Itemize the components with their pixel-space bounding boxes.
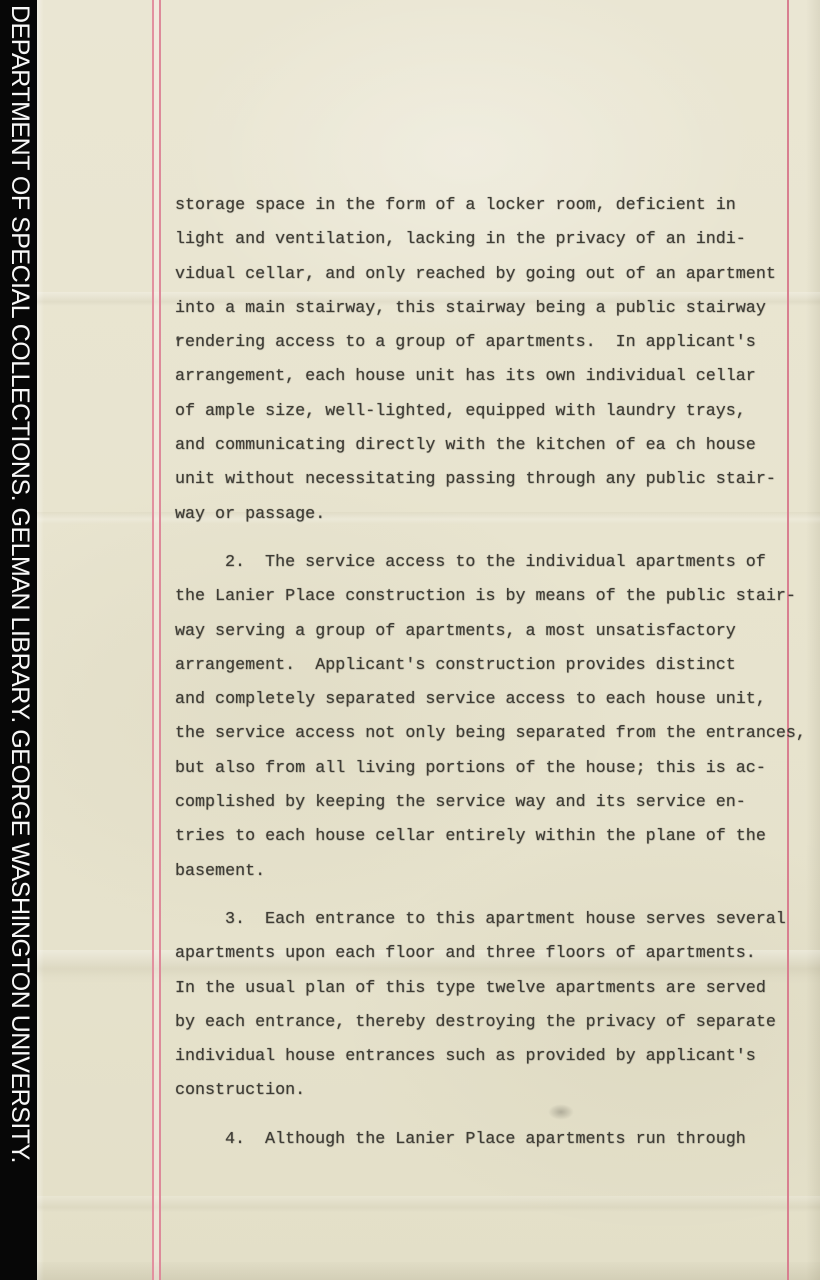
text-line: the service access not only being separa…	[175, 717, 806, 751]
text-line: 3. Each entrance to this apartment house…	[175, 903, 806, 937]
text-line: and communicating directly with the kitc…	[175, 429, 806, 463]
text-line: arrangement, each house unit has its own…	[175, 360, 806, 394]
text-line: construction.	[175, 1074, 806, 1108]
ledger-margin-rule-left	[152, 0, 161, 1280]
text-line: 2. The service access to the individual …	[175, 546, 806, 580]
text-line: apartments upon each floor and three flo…	[175, 937, 806, 971]
text-line: storage space in the form of a locker ro…	[175, 189, 806, 223]
ink-speck	[176, 336, 180, 341]
text-line: light and ventilation, lacking in the pr…	[175, 223, 806, 257]
text-line: individual house entrances such as provi…	[175, 1040, 806, 1074]
scanned-document-page: storage space in the form of a locker ro…	[0, 0, 820, 1280]
text-line: by each entrance, thereby destroying the…	[175, 1006, 806, 1040]
text-line: into a main stairway, this stairway bein…	[175, 292, 806, 326]
text-line: of ample size, well-lighted, equipped wi…	[175, 395, 806, 429]
text-line: rendering access to a group of apartment…	[175, 326, 806, 360]
paragraph: storage space in the form of a locker ro…	[175, 189, 806, 532]
ink-smudge	[548, 1104, 574, 1120]
text-line: complished by keeping the service way an…	[175, 786, 806, 820]
text-line: way or passage.	[175, 498, 806, 532]
text-line: In the usual plan of this type twelve ap…	[175, 972, 806, 1006]
text-line: arrangement. Applicant's construction pr…	[175, 649, 806, 683]
text-line: basement.	[175, 855, 806, 889]
text-line: vidual cellar, and only reached by going…	[175, 258, 806, 292]
paper-right-edge-shadow	[806, 0, 820, 1280]
text-line: unit without necessitating passing throu…	[175, 463, 806, 497]
text-line: 4. Although the Lanier Place apartments …	[175, 1123, 806, 1157]
text-line: way serving a group of apartments, a mos…	[175, 615, 806, 649]
text-line: tries to each house cellar entirely with…	[175, 820, 806, 854]
document-text: storage space in the form of a locker ro…	[175, 189, 806, 1157]
text-line: the Lanier Place construction is by mean…	[175, 580, 806, 614]
archive-stamp-text: DEPARTMENT OF SPECIAL COLLECTIONS. GELMA…	[3, 5, 36, 1163]
text-line: and completely separated service access …	[175, 683, 806, 717]
text-line: but also from all living portions of the…	[175, 752, 806, 786]
paragraph: 4. Although the Lanier Place apartments …	[175, 1123, 806, 1157]
archive-stamp-bar: DEPARTMENT OF SPECIAL COLLECTIONS. GELMA…	[0, 0, 37, 1280]
paragraph: 2. The service access to the individual …	[175, 546, 806, 889]
paragraph: 3. Each entrance to this apartment house…	[175, 903, 806, 1109]
